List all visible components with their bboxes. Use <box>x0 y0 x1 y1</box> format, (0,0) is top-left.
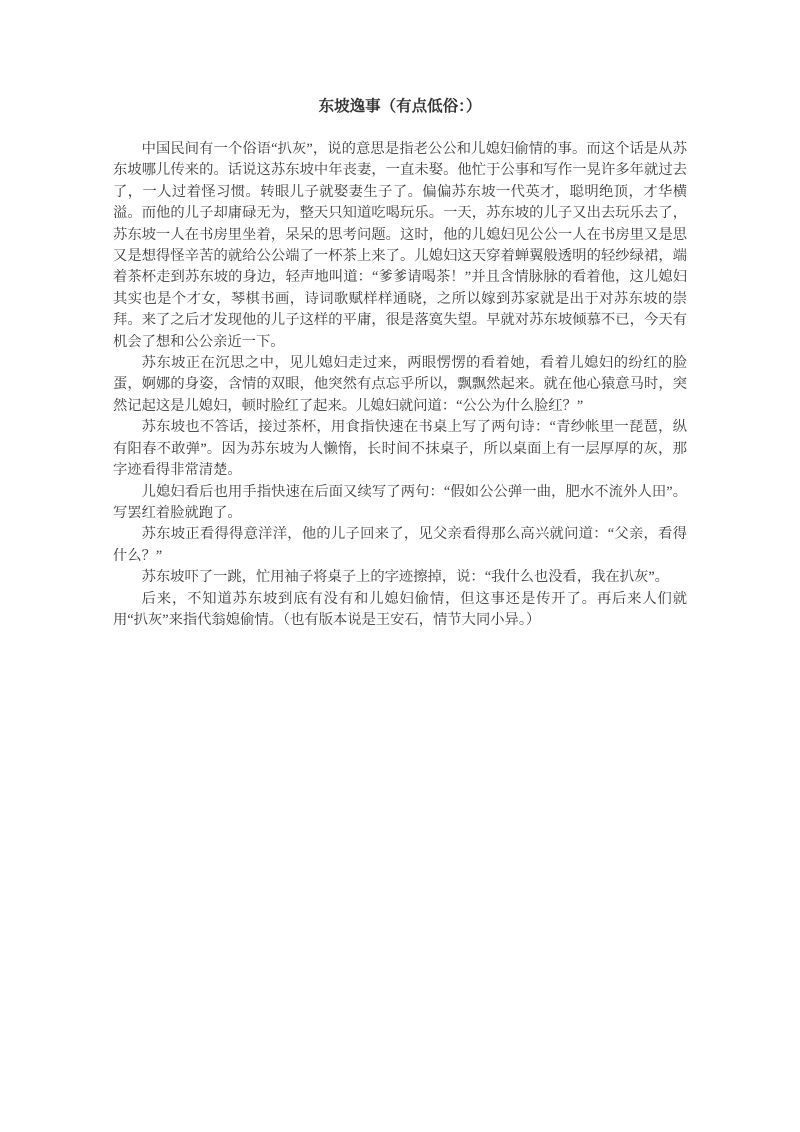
paragraph-7: 后来，不知道苏东坡到底有没有和儿媳妇偷情，但这事还是传开了。再后来人们就用“扒灰… <box>113 589 687 632</box>
document-content: 东坡逸事（有点低俗：） 中国民间有一个俗语“扒灰”，说的意思是指老公公和儿媳妇偷… <box>113 96 687 631</box>
document-page: 东坡逸事（有点低俗：） 中国民间有一个俗语“扒灰”，说的意思是指老公公和儿媳妇偷… <box>0 0 800 1132</box>
paragraph-3: 苏东坡也不答话，接过茶杯，用食指快速在书桌上写了两句诗：“青纱帐里一琵琶，纵有阳… <box>113 417 687 481</box>
paragraph-1: 中国民间有一个俗语“扒灰”，说的意思是指老公公和儿媳妇偷情的事。而这个话是从苏东… <box>113 139 687 353</box>
paragraph-4: 儿媳妇看后也用手指快速在后面又续写了两句：“假如公公弹一曲，肥水不流外人田”。写… <box>113 482 687 525</box>
document-title: 东坡逸事（有点低俗：） <box>113 96 687 117</box>
paragraph-2: 苏东坡正在沉思之中，见儿媳妇走过来，两眼愣愣的看着她，看着儿媳妇的纷红的脸蛋，婀… <box>113 353 687 417</box>
paragraph-5: 苏东坡正看得得意洋洋，他的儿子回来了，见父亲看得那么高兴就问道：“父亲，看得什么… <box>113 524 687 567</box>
paragraph-6: 苏东坡吓了一跳，忙用袖子将桌子上的字迹擦掉，说：“我什么也没看，我在扒灰”。 <box>113 567 687 588</box>
document-body: 中国民间有一个俗语“扒灰”，说的意思是指老公公和儿媳妇偷情的事。而这个话是从苏东… <box>113 139 687 631</box>
